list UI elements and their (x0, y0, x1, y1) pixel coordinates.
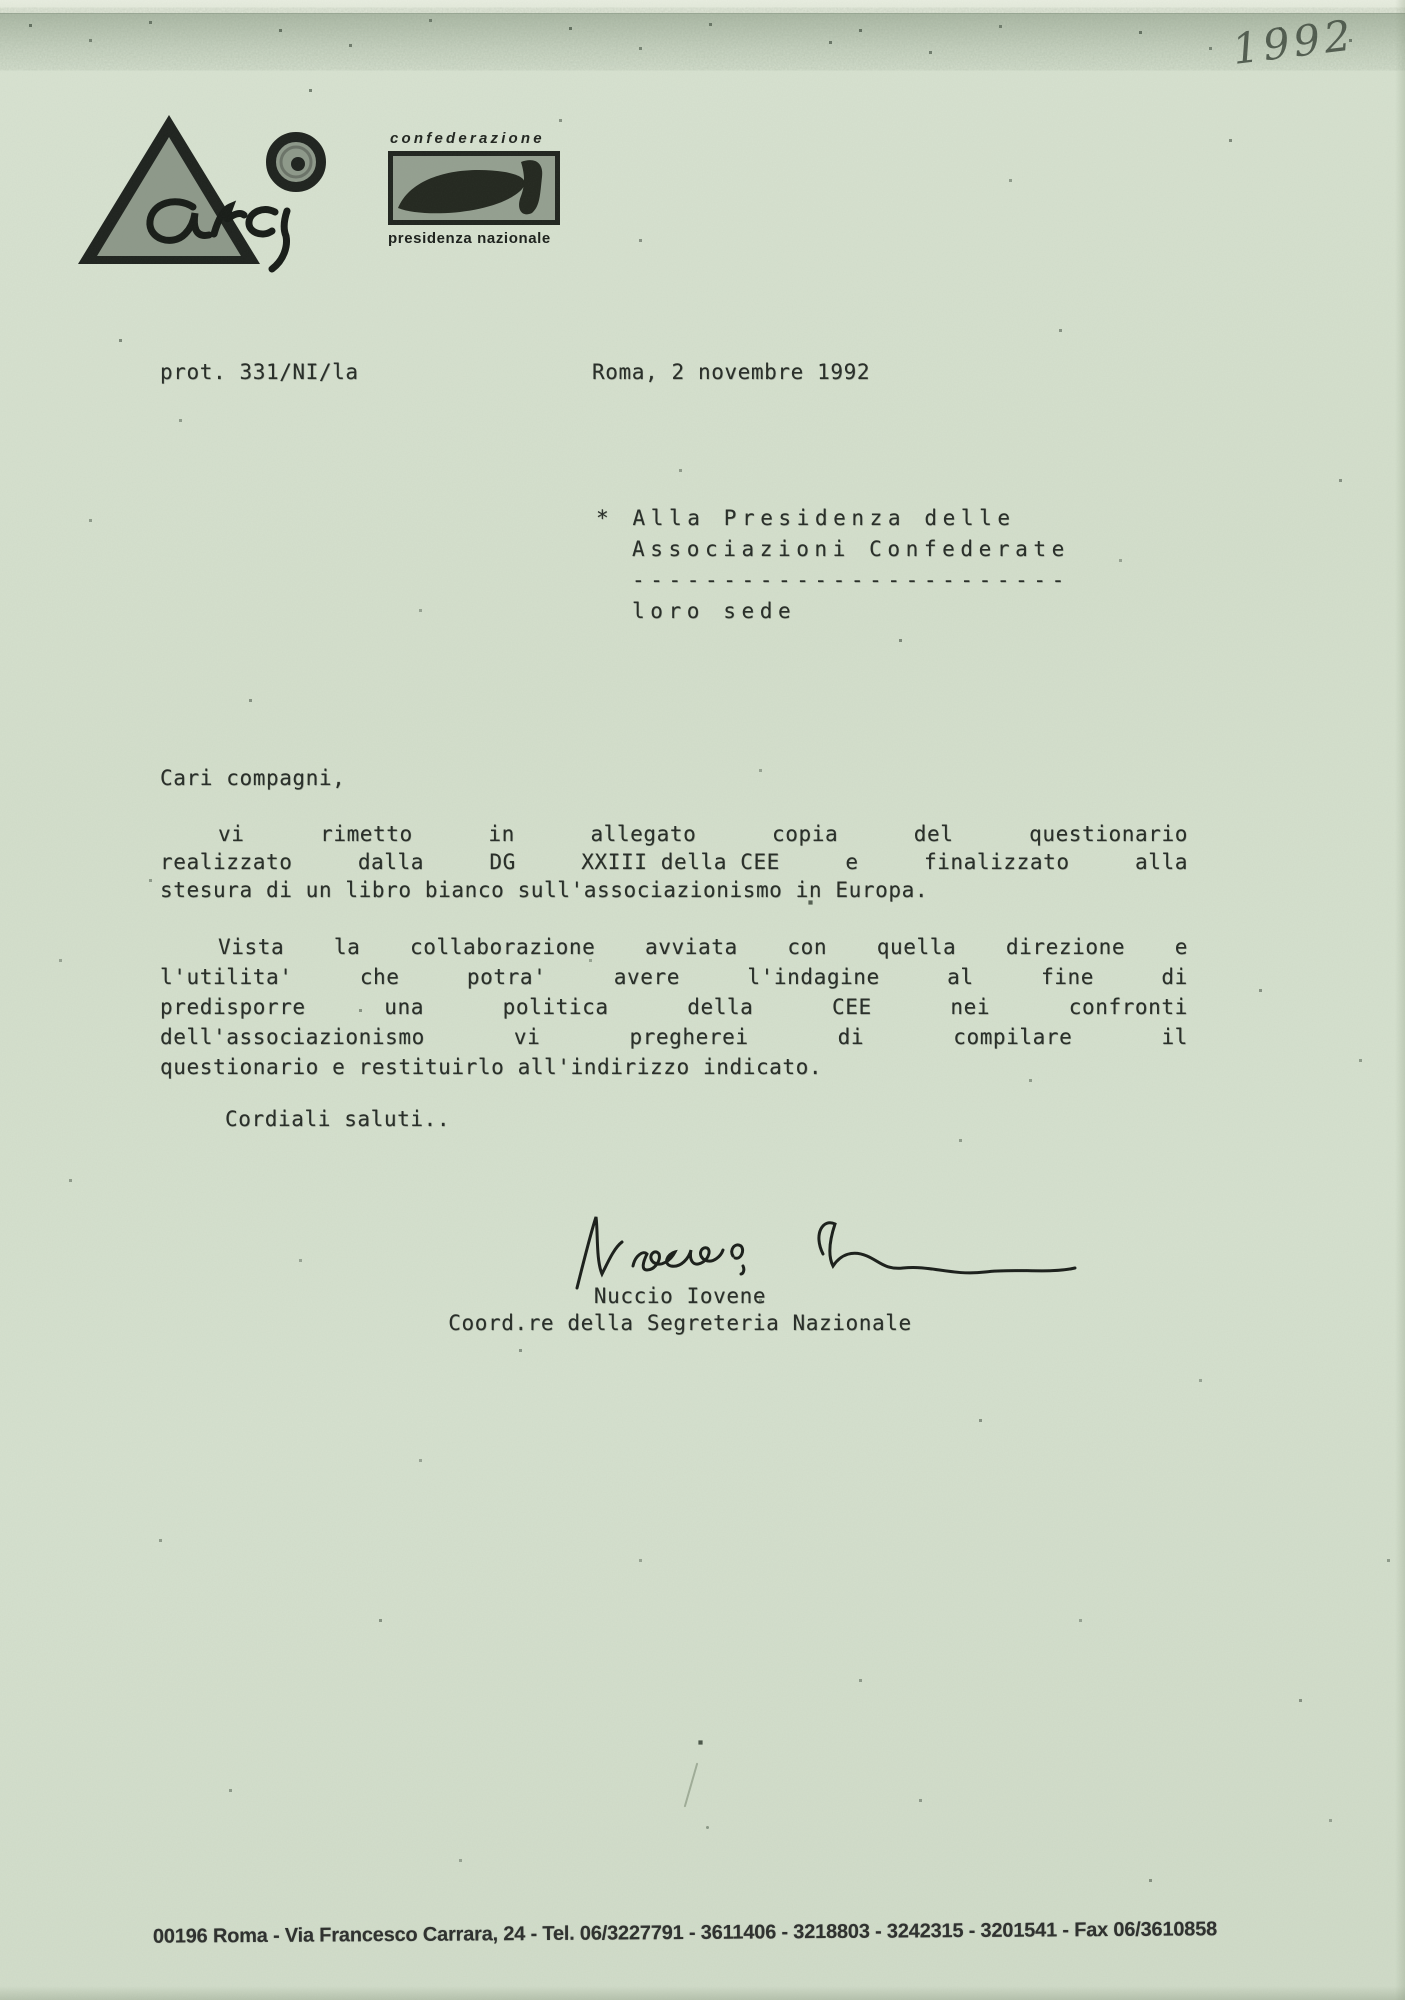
arci-logo: arci (72, 108, 342, 276)
word: predisporre (160, 995, 306, 1025)
letterhead-footer: 00196 Roma - Via Francesco Carrara, 24 -… (140, 1918, 1230, 1949)
word: al (947, 965, 974, 995)
word: alla (1135, 850, 1188, 878)
confederazione-label: confederazione (388, 130, 564, 147)
word: l'utilita' (160, 965, 292, 995)
word: confronti (1069, 995, 1188, 1025)
signer-name: Nuccio Iovene (405, 1284, 955, 1310)
text-line: stesura di un libro bianco sull'associaz… (160, 878, 1188, 906)
word: avviata (645, 935, 738, 965)
word: quella (877, 935, 956, 965)
word: dell'associazionismo (160, 1025, 425, 1055)
word: finalizzato (924, 850, 1070, 878)
protocol-number: prot. 331/NI/la (160, 360, 359, 384)
word: che (360, 965, 400, 995)
word: politica (503, 995, 609, 1025)
text-line: l'utilita'chepotra'averel'indaginealfine… (160, 965, 1188, 995)
scanned-letter-page: 1992 arci confederazione presidenza nazi… (0, 0, 1405, 2000)
presidenza-nazionale-label: presidenza nazionale (388, 230, 564, 247)
word: e (1175, 935, 1188, 965)
word: DG (489, 850, 516, 878)
word: collaborazione (410, 935, 595, 965)
word: rimetto (320, 822, 413, 850)
word: CEE (832, 995, 872, 1025)
word: in (488, 822, 515, 850)
word: questionario (1029, 822, 1188, 850)
word: della (687, 995, 753, 1025)
scan-shadow-band (0, 13, 1405, 72)
crease-mark (684, 1763, 699, 1808)
confederazione-emblem-box (388, 151, 560, 225)
closing-line: Cordiali saluti.. (160, 1107, 1188, 1135)
text-line: questionario e restituirlo all'indirizzo… (160, 1055, 1188, 1085)
word: nei (950, 995, 990, 1025)
word: allegato (590, 822, 696, 850)
word: dalla (358, 850, 424, 878)
word: realizzato (160, 850, 292, 878)
word: la (334, 935, 361, 965)
recipient-line-2: Associazioni Confederate (596, 537, 1070, 568)
word: avere (614, 965, 680, 995)
word: l'indagine (747, 965, 879, 995)
confederazione-logo: confederazione presidenza nazionale (388, 130, 564, 247)
word: XXIII della CEE (581, 850, 780, 878)
salutation: Cari compagni, (160, 766, 1188, 794)
text-line: Vistalacollaborazioneavviataconquelladir… (160, 935, 1188, 965)
recipient-block: * Alla Presidenza delle Associazioni Con… (596, 506, 1070, 630)
signature-block: Nuccio Iovene Coord.re della Segreteria … (405, 1284, 955, 1337)
crease-dot (706, 1826, 709, 1829)
word: direzione (1006, 935, 1125, 965)
paragraph-1: virimettoinallegatocopiadelquestionarior… (160, 822, 1188, 906)
paper-specks (0, 0, 1, 1)
letter-paragraphs: virimettoinallegatocopiadelquestionarior… (160, 822, 1188, 1085)
dateline: Roma, 2 novembre 1992 (592, 360, 870, 384)
word: vi (218, 822, 245, 850)
letter-body: Cari compagni, virimettoinallegatocopiad… (160, 766, 1188, 1135)
word: di (1161, 965, 1188, 995)
text-line: realizzatodallaDGXXIII della CEEefinaliz… (160, 850, 1188, 878)
word: copia (772, 822, 838, 850)
word: di (838, 1025, 865, 1055)
word: fine (1041, 965, 1094, 995)
word: del (914, 822, 954, 850)
recipient-underline: ------------------------ (596, 568, 1070, 599)
word: Vista (218, 935, 284, 965)
word: potra' (467, 965, 546, 995)
word: il (1161, 1025, 1188, 1055)
recipient-line-3: loro sede (596, 599, 1070, 630)
paper-top-edge (0, 0, 1405, 13)
scan-right-shadow (1395, 0, 1405, 2000)
word: e (845, 850, 858, 878)
scan-bottom-shadow (0, 1986, 1405, 2000)
text-line: dell'associazionismovipreghereidicompila… (160, 1025, 1188, 1055)
word: pregherei (629, 1025, 748, 1055)
confederazione-swoosh-icon (393, 156, 555, 220)
recipient-line-1: * Alla Presidenza delle (596, 506, 1070, 537)
paragraph-2: Vistalacollaborazioneavviataconquelladir… (160, 935, 1188, 1085)
word: con (787, 935, 827, 965)
signer-title: Coord.re della Segreteria Nazionale (405, 1311, 955, 1337)
text-line: predisporreunapoliticadellaCEEneiconfron… (160, 995, 1188, 1025)
word: compilare (953, 1025, 1072, 1055)
protocol-date-line: prot. 331/NI/la Roma, 2 novembre 1992 (160, 360, 1190, 388)
word: vi (514, 1025, 541, 1055)
word: una (384, 995, 424, 1025)
text-line: virimettoinallegatocopiadelquestionario (160, 822, 1188, 850)
